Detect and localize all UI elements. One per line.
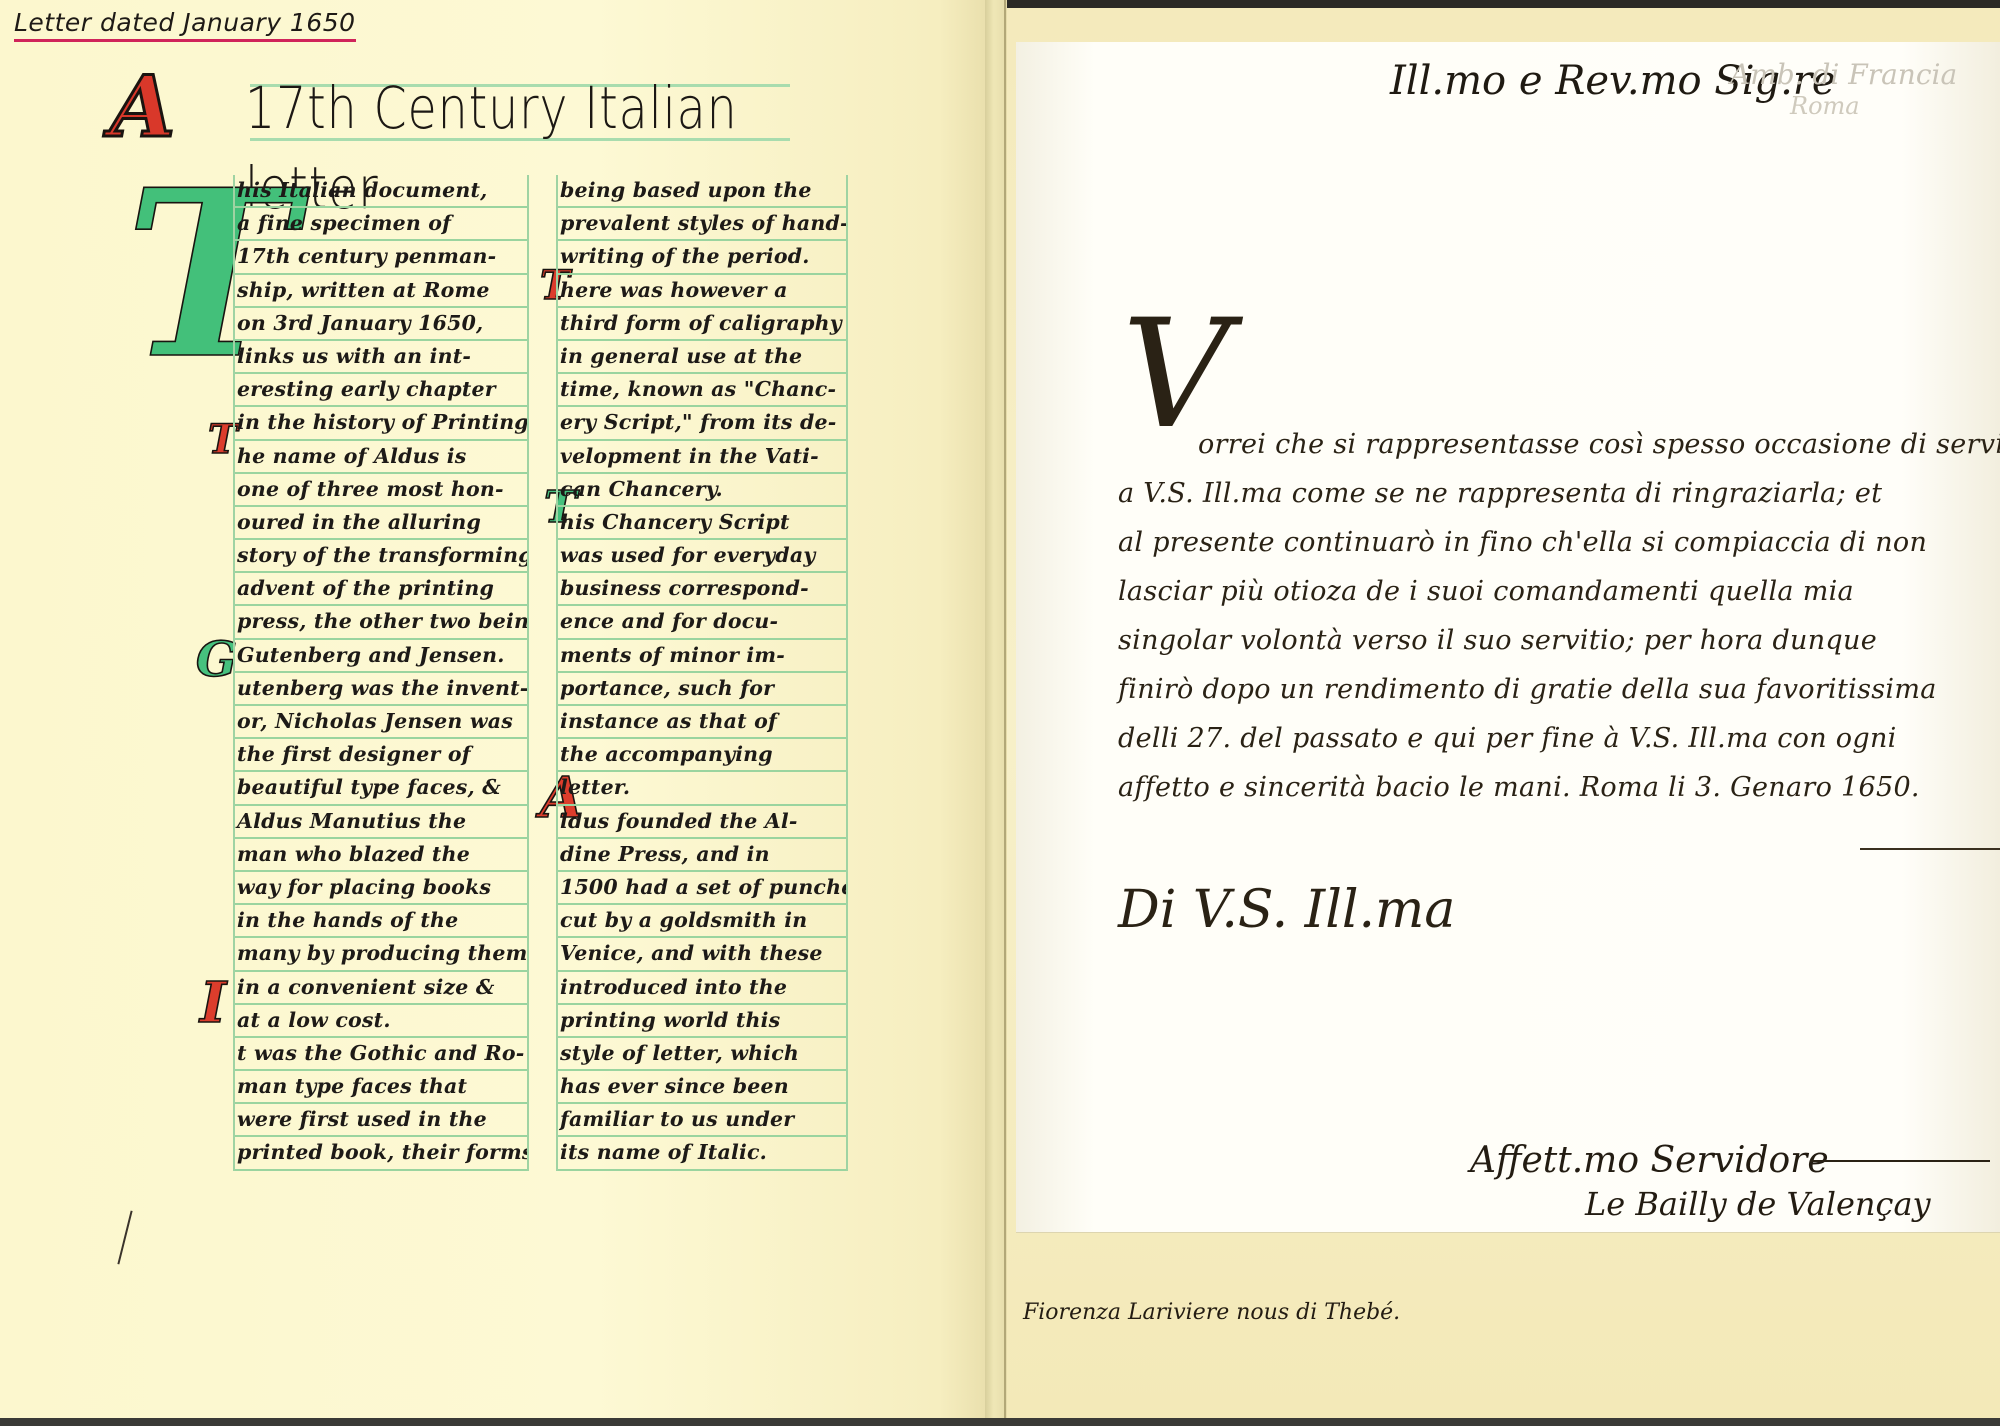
text-line: or, Nicholas Jensen was — [235, 706, 527, 739]
text-line: introduced into the — [558, 972, 846, 1005]
text-line: its name of Italic. — [558, 1137, 846, 1170]
text-line: prevalent styles of hand- — [558, 208, 846, 241]
text-line: many by producing them — [235, 938, 527, 971]
pencil-annotation: Amb. di Francia — [1730, 58, 1957, 91]
text-line: links us with an int- — [235, 341, 527, 374]
text-line: the first designer of — [235, 739, 527, 772]
text-line: letter. — [558, 772, 846, 805]
pencil-mark — [117, 1211, 132, 1265]
text-line: printing world this — [558, 1005, 846, 1038]
text-line: ldus founded the Al- — [558, 806, 846, 839]
pencil-annotation: Roma — [1790, 92, 1860, 120]
letter-line: singolar volontà verso il suo servitio; … — [1118, 616, 1978, 665]
text-line: in a convenient size & — [235, 972, 527, 1005]
letter-line: al presente continuarò in fino ch'ella s… — [1118, 518, 1978, 567]
text-line: story of the transforming — [235, 540, 527, 573]
page-title: A 17th Century Italian letter — [110, 62, 870, 152]
illuminated-dropcap-G: G — [196, 636, 237, 684]
text-line: press, the other two being — [235, 606, 527, 639]
illuminated-dropcap-I: I — [200, 975, 226, 1031]
letter-closing: Di V.S. Ill.ma — [1118, 880, 1455, 940]
text-line: here was however a — [558, 275, 846, 308]
text-line: oured in the alluring — [235, 507, 527, 540]
text-line: cut by a goldsmith in — [558, 905, 846, 938]
text-line: Venice, and with these — [558, 938, 846, 971]
signature-flourish — [1810, 1160, 1990, 1162]
signature-servant: Affett.mo Servidore — [1470, 1140, 1829, 1181]
text-line: in general use at the — [558, 341, 846, 374]
text-line: in the history of Printing. — [235, 407, 527, 440]
letter-line: affetto e sincerità bacio le mani. Roma … — [1118, 763, 1978, 812]
title-illuminated-initial: A — [110, 62, 175, 152]
text-line: t was the Gothic and Ro- — [235, 1038, 527, 1071]
text-line: velopment in the Vati- — [558, 441, 846, 474]
letter-line: orrei che si rappresentasse così spesso … — [1118, 420, 1978, 469]
text-line: in the hands of the — [235, 905, 527, 938]
text-line: instance as that of — [558, 706, 846, 739]
text-line: can Chancery. — [558, 474, 846, 507]
text-line: was used for everyday — [558, 540, 846, 573]
text-line: 17th century penman- — [235, 241, 527, 274]
text-line: his Italian document, — [235, 175, 527, 208]
text-line: his Chancery Script — [558, 507, 846, 540]
text-line: familiar to us under — [558, 1104, 846, 1137]
text-line: has ever since been — [558, 1071, 846, 1104]
text-line: time, known as "Chanc- — [558, 374, 846, 407]
text-line: a fine specimen of — [235, 208, 527, 241]
text-line: third form of caligraphy — [558, 308, 846, 341]
text-line: eresting early chapter — [235, 374, 527, 407]
letter-body: orrei che si rappresentasse così spesso … — [1118, 420, 1978, 812]
text-line: portance, such for — [558, 673, 846, 706]
text-line: were first used in the — [235, 1104, 527, 1137]
letter-line: delli 27. del passato e qui per fine à V… — [1118, 714, 1978, 763]
text-line: he name of Aldus is — [235, 441, 527, 474]
text-line: the accompanying — [558, 739, 846, 772]
text-line: Gutenberg and Jensen. — [235, 640, 527, 673]
text-line: beautiful type faces, & — [235, 772, 527, 805]
text-line: printed book, their forms — [235, 1137, 527, 1170]
text-line: way for placing books — [235, 872, 527, 905]
date-underline — [1860, 848, 2000, 850]
book-bottom-edge — [0, 1418, 2000, 1426]
gutter-stitch-line — [1004, 0, 1006, 1426]
text-line: at a low cost. — [235, 1005, 527, 1038]
letter-line: a V.S. Ill.ma come se ne rappresenta di … — [1118, 469, 1978, 518]
text-column-2: being based upon the prevalent styles of… — [556, 175, 848, 1171]
letter-line: finirò dopo un rendimento di gratie dell… — [1118, 665, 1978, 714]
text-line: dine Press, and in — [558, 839, 846, 872]
text-line: man type faces that — [235, 1071, 527, 1104]
left-page-calligraphy: Letter dated January 1650 A 17th Century… — [0, 0, 988, 1418]
text-line: ship, written at Rome — [235, 275, 527, 308]
text-line: utenberg was the invent- — [235, 673, 527, 706]
signature-name: Le Bailly de Valençay — [1585, 1185, 1931, 1223]
page-label: Letter dated January 1650 — [14, 8, 356, 42]
text-line: ery Script," from its de- — [558, 407, 846, 440]
text-line: 1500 had a set of punches — [558, 872, 846, 905]
text-line: ence and for docu- — [558, 606, 846, 639]
text-line: writing of the period. — [558, 241, 846, 274]
text-line: Aldus Manutius the — [235, 806, 527, 839]
text-line: business correspond- — [558, 573, 846, 606]
text-line: man who blazed the — [235, 839, 527, 872]
letter-footer-note: Fiorenza Lariviere nous di Thebé. — [1023, 1300, 1400, 1325]
text-line: style of letter, which — [558, 1038, 846, 1071]
letter-line: lasciar più otioza de i suoi comandament… — [1118, 567, 1978, 616]
album-spread: Letter dated January 1650 A 17th Century… — [0, 0, 2000, 1426]
text-line: advent of the printing — [235, 573, 527, 606]
text-line: ments of minor im- — [558, 640, 846, 673]
text-line: being based upon the — [558, 175, 846, 208]
text-column-1: his Italian document, a fine specimen of… — [233, 175, 529, 1171]
text-line: one of three most hon- — [235, 474, 527, 507]
text-line: on 3rd January 1650, — [235, 308, 527, 341]
